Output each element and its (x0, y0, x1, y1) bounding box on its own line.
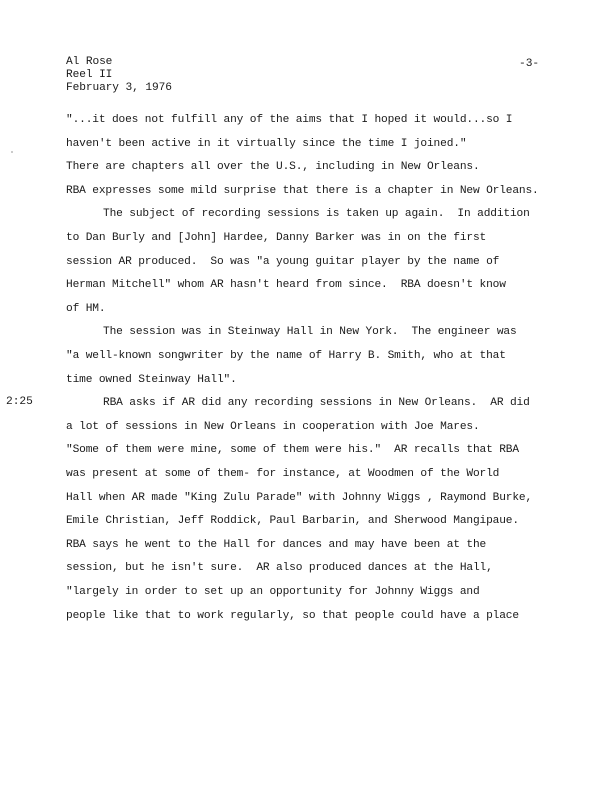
transcript-line: "largely in order to set up an opportuni… (66, 585, 480, 599)
transcript-page: Al Rose Reel II February 3, 1976 -3- "..… (0, 0, 612, 792)
reel-label: Reel II (66, 69, 112, 82)
scan-speck (11, 151, 13, 153)
page-number: -3- (519, 58, 539, 70)
transcript-line: The session was in Steinway Hall in New … (103, 325, 517, 339)
interview-date: February 3, 1976 (66, 82, 172, 95)
transcript-line: session, but he isn't sure. AR also prod… (66, 561, 493, 575)
transcript-line: RBA expresses some mild surprise that th… (66, 184, 539, 198)
transcript-line: haven't been active in it virtually sinc… (66, 137, 466, 151)
transcript-line: of HM. (66, 302, 105, 316)
transcript-line: people like that to work regularly, so t… (66, 609, 519, 623)
transcript-line: Emile Christian, Jeff Roddick, Paul Barb… (66, 514, 519, 528)
transcript-line: The subject of recording sessions is tak… (103, 207, 530, 221)
transcript-line: session AR produced. So was "a young gui… (66, 255, 499, 269)
transcript-line: RBA asks if AR did any recording session… (103, 396, 530, 410)
timestamp-margin-note: 2:25 (6, 396, 33, 408)
interviewee-name: Al Rose (66, 56, 112, 69)
transcript-line: RBA says he went to the Hall for dances … (66, 538, 486, 552)
transcript-line: a lot of sessions in New Orleans in coop… (66, 420, 480, 434)
transcript-line: Hall when AR made "King Zulu Parade" wit… (66, 491, 532, 505)
transcript-line: to Dan Burly and [John] Hardee, Danny Ba… (66, 231, 486, 245)
transcript-line: was present at some of them- for instanc… (66, 467, 499, 481)
transcript-line: "a well-known songwriter by the name of … (66, 349, 506, 363)
transcript-line: There are chapters all over the U.S., in… (66, 160, 480, 174)
transcript-line: "Some of them were mine, some of them we… (66, 443, 519, 457)
transcript-line: time owned Steinway Hall". (66, 373, 237, 387)
transcript-line: "...it does not fulfill any of the aims … (66, 113, 512, 127)
transcript-line: Herman Mitchell" whom AR hasn't heard fr… (66, 278, 506, 292)
